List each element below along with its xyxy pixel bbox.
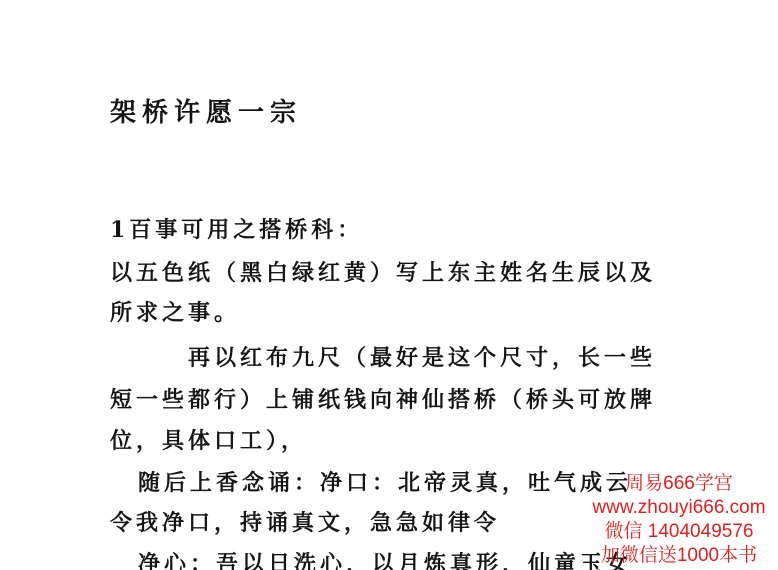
text-line-7: 随后上香念诵：净口：北帝灵真，吐气成云 (138, 466, 632, 497)
text-line-2: 以五色纸（黑白绿红黄）写上东主姓名生辰以及 (110, 256, 656, 287)
text-line-4: 再以红布九尺（最好是这个尺寸，长一些 (188, 341, 656, 372)
document-title: 架桥许愿一宗 (110, 92, 302, 129)
text-line-8: 令我净口，持诵真文，急急如律令 (110, 506, 500, 537)
watermark: 周易666学宫 www.zhouyi666.com 微信 1404049576 … (580, 472, 778, 568)
text-line-1: 1百事可用之搭桥科： (110, 213, 363, 244)
text-line-5: 短一些都行）上铺纸钱向神仙搭桥（桥头可放牌 (110, 383, 656, 414)
text-line-6: 位，具体口工）， (110, 424, 307, 455)
watermark-wechat: 微信 1404049576 (580, 520, 778, 544)
watermark-url: www.zhouyi666.com (580, 496, 778, 520)
text-line-3: 所求之事。 (110, 296, 240, 327)
document-page: 架桥许愿一宗 1百事可用之搭桥科： 以五色纸（黑白绿红黄）写上东主姓名生辰以及 … (0, 0, 778, 570)
watermark-promo: 加微信送1000本书 (580, 544, 778, 568)
watermark-name: 周易666学宫 (580, 472, 778, 496)
text-line-9: 净心：吾以日洗心，以月炼真形，仙童玉女 (138, 547, 632, 570)
